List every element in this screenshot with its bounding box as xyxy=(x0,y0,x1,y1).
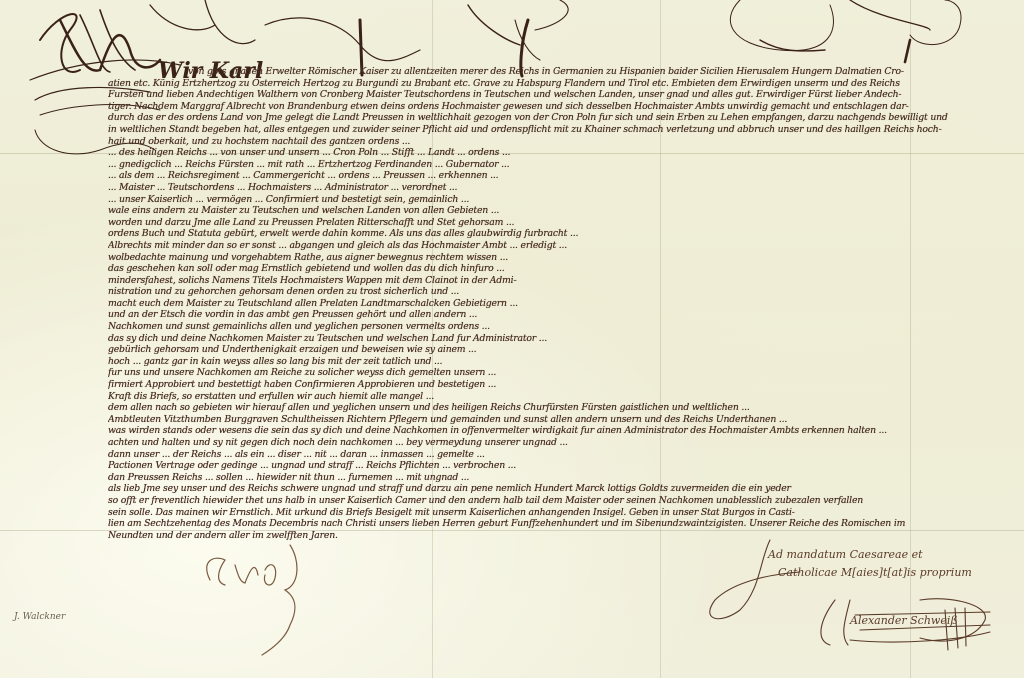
text-line: hoch ... gantz gar in kain weyss alles s… xyxy=(108,356,1003,368)
text-line: gebürlich gehorsam und Underthenigkait e… xyxy=(108,344,1003,356)
text-line: firmiert Approbiert und bestettigt haben… xyxy=(108,379,1003,391)
text-line: ... des heiligen Reichs ... von unser un… xyxy=(108,147,1003,159)
text-line: Albrechts mit minder dan so er sonst ...… xyxy=(108,240,1003,252)
text-line: Kraft dis Briefs, so erstatten und erful… xyxy=(108,391,1003,403)
text-line: wolbedachte mainung und vorgehabtem Rath… xyxy=(108,252,1003,264)
countersign-line-1: Ad mandatum Caesareae et xyxy=(768,548,923,561)
text-line: durch das er des ordens Land von Jme gel… xyxy=(108,112,1003,124)
text-line: worden und darzu Jme alle Land zu Preuss… xyxy=(108,217,1003,229)
text-line: achten und halten und sy nit gegen dich … xyxy=(108,437,1003,449)
text-line: macht euch dem Maister zu Teutschland al… xyxy=(108,298,1003,310)
text-line: das geschehen kan soll oder mag Ernstlic… xyxy=(108,263,1003,275)
text-line: dem allen nach so gebieten wir hierauf a… xyxy=(108,402,1003,414)
margin-note: J. Walckner xyxy=(14,612,65,622)
text-line: fur uns und unsere Nachkomen am Reiche z… xyxy=(108,367,1003,379)
text-line: ... unser Kaiserlich ... vermögen ... Co… xyxy=(108,194,1003,206)
text-line: Neundten und der andern aller im zwelfft… xyxy=(108,530,1003,542)
text-line: in weltlichen Standt begeben hat, alles … xyxy=(108,124,1003,136)
text-line: ordens Buch und Statuta gebürt, erwelt w… xyxy=(108,228,1003,240)
text-line: was wirden stands oder wesens die sein d… xyxy=(108,425,1003,437)
text-line: sein solle. Das mainen wir Ernstlich. Mi… xyxy=(108,507,1003,519)
text-line: mindersfahest, solichs Namens Titels Hoc… xyxy=(108,275,1003,287)
text-line: und an der Etsch die vordin in das ambt … xyxy=(108,309,1003,321)
text-line: tiger. Nachdem Marggraf Albrecht von Bra… xyxy=(108,101,1003,113)
text-line: das sy dich und deine Nachkomen Maister … xyxy=(108,333,1003,345)
text-line: ... als dem ... Reichsregiment ... Camme… xyxy=(108,170,1003,182)
text-line: Fursten und lieben Andechtigen Walthern … xyxy=(108,89,1003,101)
text-line: Pactionen Vertrage oder gedinge ... ungn… xyxy=(108,460,1003,472)
text-line: so offt er freventlich hiewider thet uns… xyxy=(108,495,1003,507)
text-line: dann unser ... der Reichs ... als ein ..… xyxy=(108,449,1003,461)
text-line: als lieb Jme sey unser und des Reichs sc… xyxy=(108,483,1003,495)
text-line: lien am Sechtzehentag des Monats Decembr… xyxy=(108,518,1003,530)
text-line: Ambtleuten Vitzthumben Burggraven Schult… xyxy=(108,414,1003,426)
text-line: hait und oberkait, und zu hochstem nacht… xyxy=(108,136,1003,148)
charter-text: von gots gnaden Erwelter Römischer Kaise… xyxy=(108,66,1003,541)
countersign-line-2: Catholicae M[aies]t[at]is proprium xyxy=(778,566,972,579)
text-line: von gots gnaden Erwelter Römischer Kaise… xyxy=(108,66,1003,78)
text-line: Nachkomen und sunst gemainlichs allen un… xyxy=(108,321,1003,333)
text-line: nistration und zu gehorchen gehorsam den… xyxy=(108,286,1003,298)
text-line: wale eins andern zu Maister zu Teutschen… xyxy=(108,205,1003,217)
text-line: dan Preussen Reichs ... sollen ... hiewi… xyxy=(108,472,1003,484)
secretary-signature: Alexander Schweiß xyxy=(850,614,958,627)
text-line: ... gnedigclich ... Reichs Fürsten ... m… xyxy=(108,159,1003,171)
text-line: atien etc. Künig Ertzhertzog zu Osterrei… xyxy=(108,78,1003,90)
text-line: ... Maister ... Teutschordens ... Hochma… xyxy=(108,182,1003,194)
